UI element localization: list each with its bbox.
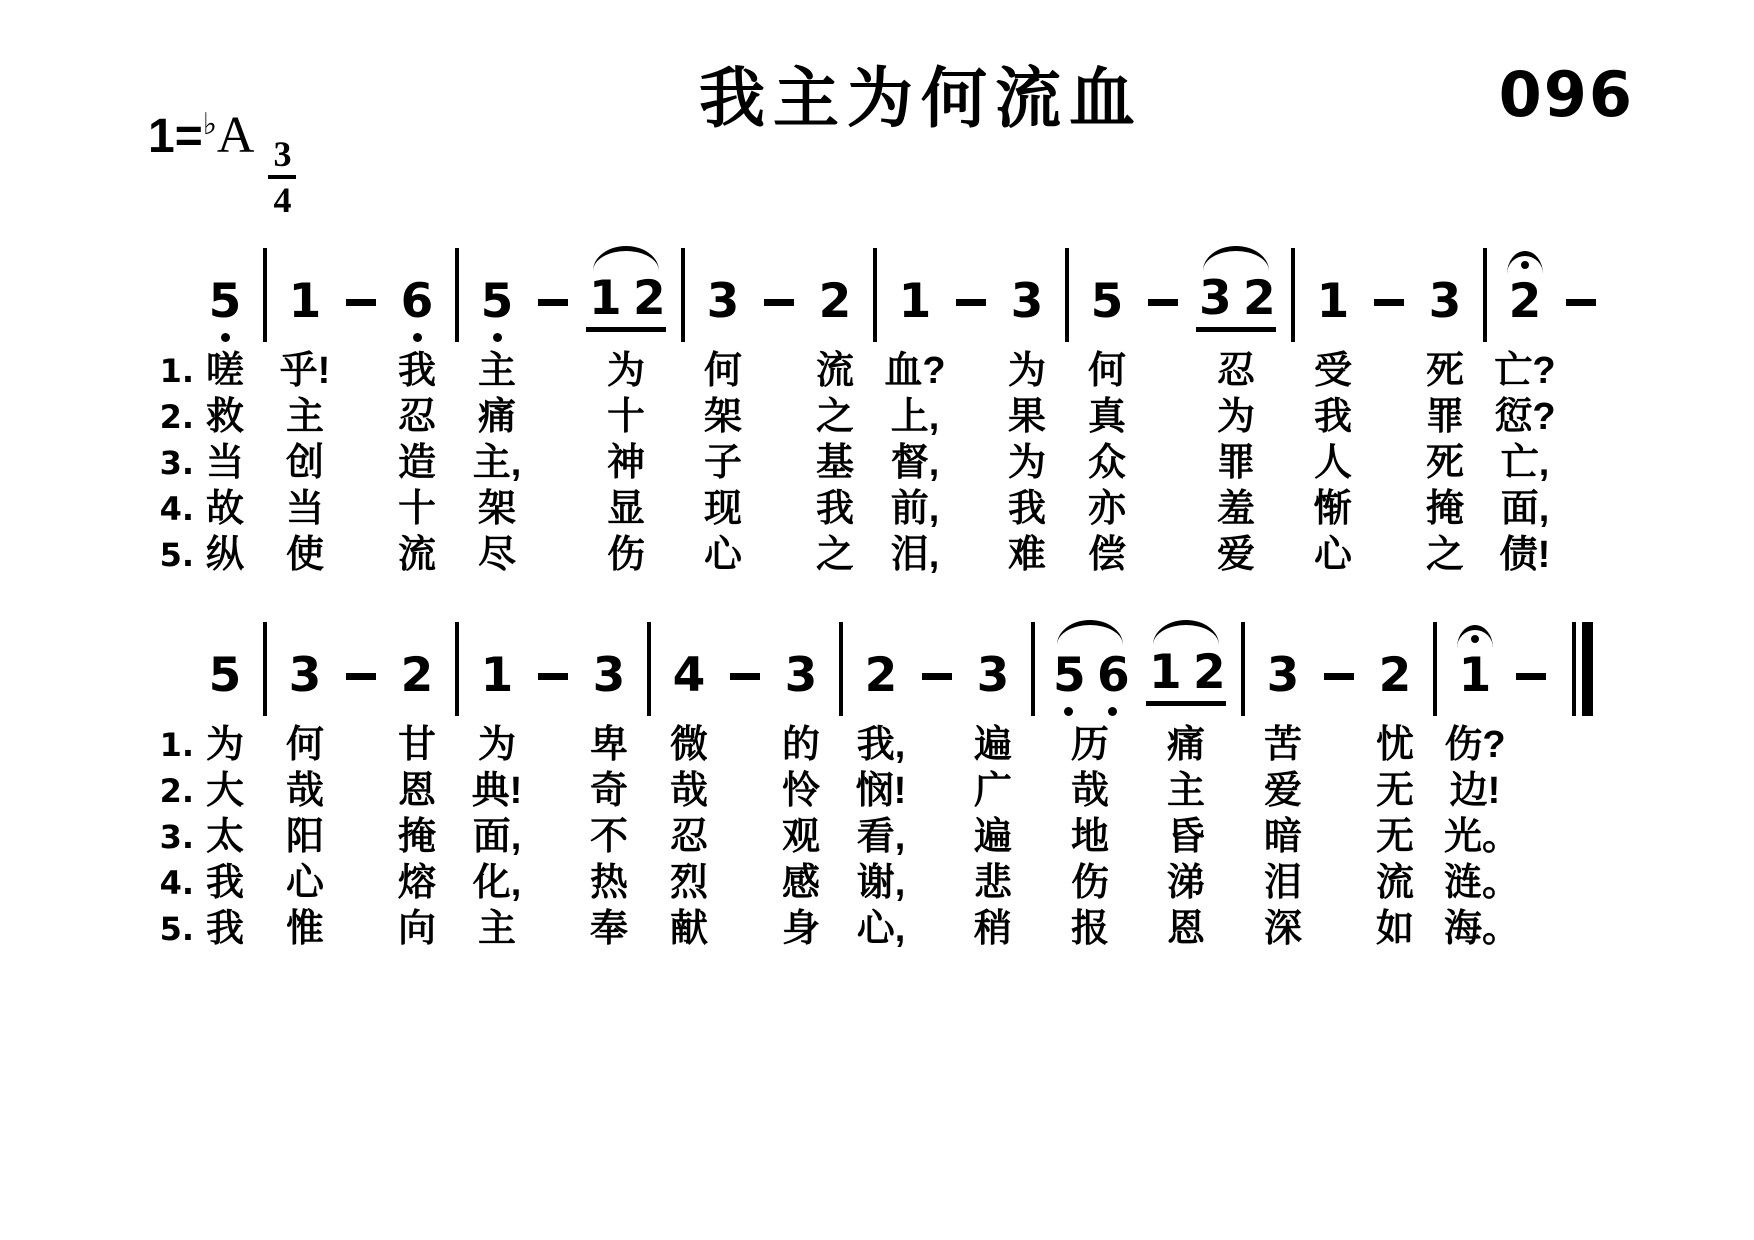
note-area: 4 [658,618,720,722]
note-cell: 5嗟救当故纵 [194,244,256,578]
note-above-slot [1057,618,1123,648]
note-above-slot [1507,244,1543,274]
lyric-syllable [256,768,274,814]
lyric-syllable [1058,348,1076,394]
note-group-cell: 32忍为罪羞爱 [1188,244,1284,578]
note-mid-slot: 3 [785,648,818,704]
lyric-syllable [720,906,770,952]
lyric-syllable [1364,486,1414,532]
group-dot-slot [1053,704,1083,716]
lyric-syllable [1476,348,1494,394]
lyric-syllable [448,814,466,860]
duration-dash [346,673,376,680]
lyric-syllable: 稍 [962,906,1024,952]
lyric-syllable [528,860,578,906]
group-dot-slot [1097,704,1127,716]
note-digit: 2 [1193,646,1223,700]
lyric-syllable: 阳 [274,814,336,860]
note-area: 1 [274,244,336,348]
lyric-syllable [528,394,578,440]
barline [455,248,459,342]
music-system-1: 1.2.3.4.5.5嗟救当故纵1乎!主创当使6我忍造十流5主痛主,架尽12为十… [148,244,1634,578]
lyric-syllable [336,486,386,532]
lyric-syllable: 化, [466,860,528,906]
note-cell: 5何真众亦偿 [1076,244,1138,578]
lyric-syllable: 光。 [1444,814,1506,860]
note-mid-slot: 3 [1011,274,1044,330]
lyric-syllable [528,906,578,952]
verse-number: 5. [148,532,194,578]
lyric-syllable [1284,440,1302,486]
note-digit: 2 [819,275,852,329]
note-area: 3 [770,618,832,722]
duration-dash [1516,673,1546,680]
duration-dash [730,673,760,680]
note-digit: 3 [593,649,626,703]
key-signature: 1=♭A34 [148,110,478,218]
note-digit: 1 [481,649,514,703]
lyric-syllable [1234,906,1252,952]
lyric-syllable: 身 [770,906,832,952]
note-area: 3 [692,244,754,348]
note-digit: 3 [1011,275,1044,329]
note-area [148,244,194,348]
lyric-syllable [1314,722,1364,768]
note-area: 3 [578,618,640,722]
barline-cell [1426,618,1444,952]
slur-arc [1057,620,1123,645]
note-mid-slot: 12 [586,274,666,330]
note-area: 3 [996,244,1058,348]
lyric-syllable: 伤? [1444,722,1506,768]
lyric-syllable [528,486,578,532]
note-mid-slot [764,274,794,330]
barline-cell [832,618,850,952]
lyric-syllable: 债! [1494,532,1556,578]
lyric-syllable [1556,768,1596,814]
lyric-syllable: 显 [578,486,674,532]
note-digit: 1 [899,275,932,329]
lyric-syllable [256,394,274,440]
lyric-syllable: 痛 [1138,722,1234,768]
note-cell: 2亡?愆?亡,面,债! [1494,244,1556,578]
lyric-syllable [256,486,274,532]
lyric-syllable: 何 [692,348,754,394]
note-area: 2 [386,618,448,722]
lyric-syllable [528,722,578,768]
fermata-dot [1521,261,1529,269]
lyric-syllable [448,486,466,532]
low-octave-dot [1108,707,1117,716]
duration-dash [1374,299,1404,306]
lyric-syllable [448,394,466,440]
lyric-syllable: 为 [466,722,528,768]
verse-number: 1. [148,348,194,394]
lyric-syllable [1234,722,1252,768]
lyric-syllable [256,906,274,952]
lyric-syllable: 地 [1042,814,1138,860]
note-digit: 2 [1243,272,1273,326]
barline-cell [1234,618,1252,952]
lyric-syllable: 掩 [386,814,448,860]
lyric-syllable: 难 [996,532,1058,578]
note-area [1024,618,1042,722]
lyric-syllable [720,768,770,814]
duration-dash-cell [528,244,578,578]
lyric-syllable [336,722,386,768]
note-mid-slot: 32 [1196,274,1276,330]
lyric-syllable: 微 [658,722,720,768]
lyric-syllable [1476,532,1494,578]
lyric-syllable: 谢, [850,860,912,906]
lyric-syllable [912,906,962,952]
lyric-syllable [1506,768,1556,814]
lyric-syllable: 泪, [884,532,946,578]
note-cell: 2我,悯!看,谢,心, [850,618,912,952]
lyric-syllable: 遍 [962,814,1024,860]
lyric-syllable [448,768,466,814]
duration-dash [1566,299,1596,306]
note-area [336,618,386,722]
barline-cell [1284,244,1302,578]
lyric-syllable: 广 [962,768,1024,814]
note-area [448,244,466,348]
low-octave-dot [1064,707,1073,716]
lyric-syllable: 泪 [1252,860,1314,906]
note-area [1556,244,1606,348]
header: 1=♭A34 我主为何流血 096 [148,52,1634,218]
note-cell: 3何哉阳心惟 [274,618,336,952]
lyric-syllable: 哉 [274,768,336,814]
note-digit: 5 [209,275,242,329]
lyric-syllable [640,768,658,814]
lyric-syllable: 死 [1414,348,1476,394]
duration-dash [538,299,568,306]
duration-dash-cell [1364,244,1414,578]
lyric-syllable [528,532,578,578]
duration-dash [1324,673,1354,680]
note-mid-slot: 3 [1267,648,1300,704]
lyric-syllable: 故 [194,486,256,532]
lyric-syllable: 主 [466,906,528,952]
note-area [754,244,804,348]
note-below-slot [589,330,663,348]
lyric-syllable: 忍 [1188,348,1284,394]
lyric-syllable [1314,906,1364,952]
lyric-syllable [448,860,466,906]
music-systems: 1.2.3.4.5.5嗟救当故纵1乎!主创当使6我忍造十流5主痛主,架尽12为十… [148,244,1634,952]
lyric-syllable: 的 [770,722,832,768]
note-mid-slot [1566,274,1596,330]
lyric-syllable [336,532,386,578]
note-above-slot [593,244,659,274]
lyric-syllable [1426,906,1444,952]
note-cell: 2甘恩掩熔向 [386,618,448,952]
duration-dash [922,673,952,680]
note-digit: 1 [1149,646,1179,700]
lyric-syllable [256,440,274,486]
note-below-slot [1149,704,1223,722]
lyric-syllable [1364,394,1414,440]
lyric-syllable: 忍 [386,394,448,440]
note-area: 1 [466,618,528,722]
lyric-syllable: 奇 [578,768,640,814]
lyric-syllable: 怜 [770,768,832,814]
lyric-syllable: 奉 [578,906,640,952]
barline-cell [1058,244,1076,578]
note-cell: 3死罪死掩之 [1414,244,1476,578]
lyric-syllable: 十 [386,486,448,532]
lyric-syllable [336,860,386,906]
lyric-syllable: 之 [1414,532,1476,578]
lyric-syllable: 我 [194,906,256,952]
note-area: 12 [578,244,674,348]
hymn-sheet: 1=♭A34 我主为何流血 096 1.2.3.4.5.5嗟救当故纵1乎!主创当… [0,0,1754,1240]
note-digit: 4 [673,649,706,703]
note-area [912,618,962,722]
lyric-syllable: 暗 [1252,814,1314,860]
note-area: 6 [386,244,448,348]
lyric-syllable [1556,440,1606,486]
lyric-syllable: 卑 [578,722,640,768]
lyric-syllable [1556,394,1606,440]
lyric-syllable: 面, [466,814,528,860]
barline-cell [256,618,274,952]
note-below-slot [413,330,422,348]
beamed-note-group: 12 [586,272,666,332]
lyric-syllable: 忧 [1364,722,1426,768]
note-cell: 1为典!面,化,主 [466,618,528,952]
lyric-syllable [1476,440,1494,486]
verse-number: 3. [148,814,194,860]
note-mid-slot: 3 [1429,274,1462,330]
lyric-syllable: 流 [1364,860,1426,906]
lyric-syllable: 偿 [1076,532,1138,578]
lyric-syllable [912,860,962,906]
note-area [640,618,658,722]
note-digit: 3 [289,649,322,703]
note-area: 3 [1414,244,1476,348]
note-digit: 3 [785,649,818,703]
lyric-syllable: 愆? [1494,394,1556,440]
lyric-syllable [866,486,884,532]
note-mid-slot: 2 [1509,274,1542,330]
note-mid-slot: 5 [209,648,242,704]
lyric-syllable: 人 [1302,440,1364,486]
note-group-cell: 12痛主昏涕恩 [1138,618,1234,952]
note-mid-slot: 3 [977,648,1010,704]
lyric-syllable: 悯! [850,768,912,814]
lyric-syllable: 前, [884,486,946,532]
lyric-syllable [1058,532,1076,578]
lyric-syllable [528,768,578,814]
lyric-syllable [336,814,386,860]
lyric-syllable: 血? [884,348,946,394]
note-mid-slot: 2 [865,648,898,704]
lyric-syllable: 惭 [1302,486,1364,532]
lyric-syllable: 嗟 [194,348,256,394]
note-area: 56 [1042,618,1138,722]
lyric-syllable: 罪 [1188,440,1284,486]
note-mid-slot [730,648,760,704]
time-signature-denominator: 4 [273,179,291,218]
lyric-syllable: 向 [386,906,448,952]
note-area [256,244,274,348]
barline [839,622,843,716]
lyric-syllable [866,440,884,486]
lyric-syllable [946,440,996,486]
lyric-syllable [946,486,996,532]
duration-dash [538,673,568,680]
verse-number-column: 1.2.3.4.5. [148,244,194,578]
note-group-cell: 56历哉地伤报 [1042,618,1138,952]
note-digit: 1 [1459,649,1492,703]
lyric-syllable: 架 [692,394,754,440]
lyric-syllable: 纵 [194,532,256,578]
note-cell: 3苦爱暗泪深 [1252,618,1314,952]
lyric-syllable [1058,440,1076,486]
fermata-icon [1457,625,1493,645]
lyric-syllable [256,722,274,768]
lyric-syllable [754,394,804,440]
barline-cell [448,618,466,952]
time-signature-numerator: 3 [268,136,296,179]
lyric-syllable: 流 [386,532,448,578]
duration-dash-cell [754,244,804,578]
lyric-syllable [1314,814,1364,860]
lyric-syllable [336,440,386,486]
duration-dash-cell [336,618,386,952]
lyric-syllable [1138,394,1188,440]
lyric-syllable: 救 [194,394,256,440]
lyric-syllable [832,768,850,814]
key-tonic: 1= [148,110,203,163]
lyric-syllable: 心 [274,860,336,906]
lyric-syllable: 涕 [1138,860,1234,906]
lyric-syllable: 历 [1042,722,1138,768]
note-mid-slot: 5 [209,274,242,330]
low-octave-dot [493,333,502,342]
note-area: 5 [466,244,528,348]
lyric-syllable: 看, [850,814,912,860]
beamed-note-group: 12 [1146,646,1226,706]
duration-dash [1148,299,1178,306]
key-letter: A [217,107,255,164]
note-mid-slot [922,648,952,704]
note-digit: 6 [401,275,434,329]
lyric-syllable [1234,768,1252,814]
lyric-syllable [1506,722,1556,768]
note-above-slot [1153,618,1219,648]
lyric-syllable: 烈 [658,860,720,906]
barline-cell [448,244,466,578]
note-mid-slot [538,274,568,330]
lyric-syllable: 伤 [1042,860,1138,906]
note-area: 5 [194,618,256,722]
note-mid-slot [1374,274,1404,330]
note-area [1426,618,1444,722]
note-area: 1 [884,244,946,348]
lyric-syllable [1426,722,1444,768]
lyric-syllable: 上, [884,394,946,440]
lyric-syllable: 献 [658,906,720,952]
note-area: 32 [1188,244,1284,348]
lyric-syllable: 之 [804,532,866,578]
note-group-cell: 12为十神显伤 [578,244,674,578]
lyric-syllable: 之 [804,394,866,440]
lyric-syllable: 观 [770,814,832,860]
lyric-syllable [754,532,804,578]
note-below-slot [493,330,502,348]
lyric-syllable: 不 [578,814,640,860]
lyric-syllable [448,722,466,768]
lyric-syllable [1426,860,1444,906]
low-octave-dot [221,333,230,342]
lyric-syllable [640,722,658,768]
hymn-title: 我主为何流血 [478,52,1364,144]
barline [1031,622,1035,716]
barline [1241,622,1245,716]
lyric-syllable [912,768,962,814]
verse-number: 2. [148,768,194,814]
duration-dash [346,299,376,306]
note-area: 2 [1494,244,1556,348]
lyric-syllable [1284,486,1302,532]
lyric-syllable: 忍 [658,814,720,860]
note-area [1234,618,1252,722]
lyric-syllable: 基 [804,440,866,486]
barline [1291,248,1295,342]
barline [873,248,877,342]
lyric-syllable [1556,906,1596,952]
lyric-syllable [674,440,692,486]
lyric-syllable [1556,532,1606,578]
note-mid-slot: 1 [481,648,514,704]
lyric-syllable [1506,814,1556,860]
lyric-syllable [1284,394,1302,440]
lyric-syllable [336,906,386,952]
note-cell: 4微哉忍烈献 [658,618,720,952]
note-mid-slot [1148,274,1178,330]
lyric-syllable: 羞 [1188,486,1284,532]
lyric-syllable: 果 [996,394,1058,440]
barline [1433,622,1437,716]
lyric-syllable: 何 [274,722,336,768]
lyric-syllable: 爱 [1188,532,1284,578]
lyric-syllable: 昏 [1138,814,1234,860]
note-mid-slot [1516,648,1546,704]
barline [1065,248,1069,342]
note-digit: 5 [1091,275,1124,329]
lyric-syllable: 痛 [466,394,528,440]
note-digit: 2 [633,272,663,326]
duration-dash [956,299,986,306]
note-area [866,244,884,348]
lyric-syllable [832,814,850,860]
lyric-syllable [720,722,770,768]
lyric-syllable: 乎! [274,348,336,394]
note-digit: 6 [1097,649,1127,703]
note-area: 1 [1302,244,1364,348]
lyric-syllable: 我 [386,348,448,394]
verse-number: 1. [148,722,194,768]
verse-number: 3. [148,440,194,486]
lyric-syllable: 当 [194,440,256,486]
duration-dash-cell [946,244,996,578]
note-mid-slot: 1 [899,274,932,330]
lyric-syllable: 死 [1414,440,1476,486]
lyric-syllable [640,906,658,952]
